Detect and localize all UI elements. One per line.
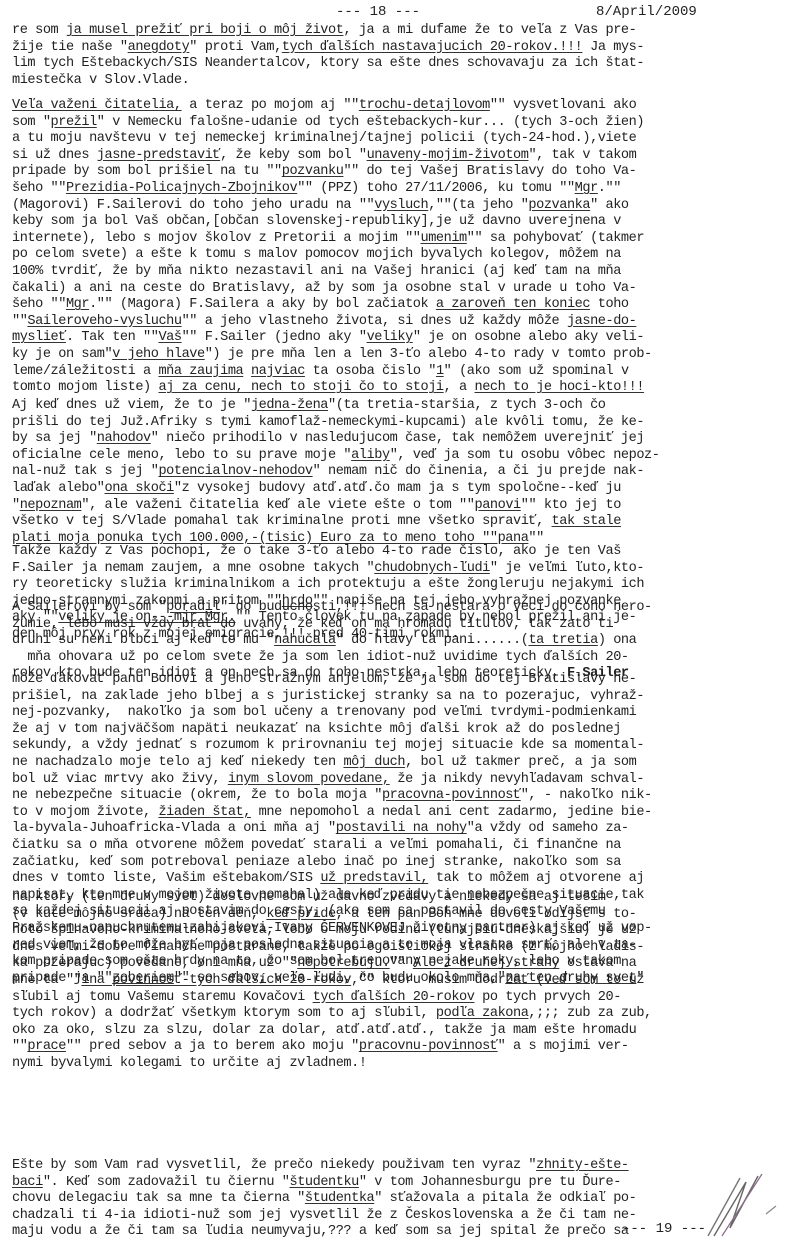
text-line: šeho ""Prezidia-Policajnych-Zbojnikov"" … [12, 181, 792, 198]
underlined-phrase: tych ďalších nastavajucich 20-rokov.!!! [282, 40, 583, 55]
text-line: si už dnes jasne-predstaviť, že keby som… [12, 148, 792, 165]
underlined-phrase: ta tretia [528, 633, 597, 648]
underlined-phrase: veliky [367, 330, 413, 345]
underlined-phrase: poradil [166, 600, 220, 615]
underlined-phrase: pozvanka [528, 198, 590, 213]
text-line: by sa jej "nahodov" niečo prihodilo v na… [12, 431, 792, 448]
underlined-phrase: ja musel prežiť pri boji o môj život [66, 23, 343, 38]
underlined-phrase: nepoznam [20, 498, 82, 513]
underlined-phrase: Veľa važeni čitatelia, [12, 98, 182, 113]
underlined-phrase: v jeho hlave [112, 347, 205, 362]
underlined-phrase: postavili na nohy [336, 821, 467, 836]
text-line: všetko v tej S/Vlade pomahal tak krimina… [12, 514, 792, 531]
paragraph: Aj keď dnes už viem, že to je "jedna-žen… [12, 398, 792, 547]
text-line: ky je on sam"v jeho hlave") je pre mňa l… [12, 347, 792, 364]
underlined-phrase: myslieť [12, 330, 66, 345]
text-line: 100% tvrdiť, že by mňa nikto nezastavil … [12, 264, 792, 281]
text-line: na ktory (ten druhy svet) doslovne som u… [12, 890, 792, 907]
text-line: ""Saileroveho-vysluchu"" a jeho vlastneh… [12, 314, 792, 331]
underlined-phrase: a zaroveň ten koniec [436, 297, 590, 312]
text-line: tych rokov) a dodržať všetkym ktorym som… [12, 1006, 792, 1023]
text-line: (v kute môjho srdca) na ten deň, keď pri… [12, 907, 792, 924]
text-line: A Sailerovi by som "poradil" do buducnos… [12, 600, 792, 617]
text-line: re som ja musel prežiť pri boji o môj ži… [12, 23, 792, 40]
text-line: dnes veľmi-dobre finančne postarane, tak… [12, 940, 792, 957]
underlined-phrase: 1 [436, 364, 444, 379]
text-line: pripade by som bol prišiel na tu ""pozva… [12, 164, 792, 181]
underlined-phrase: unaveny-mojim-životom [367, 148, 529, 163]
underlined-phrase: podľa zakona [436, 1006, 529, 1021]
text-line: chovu delegaciu tak sa mne ta čierna "št… [12, 1191, 792, 1208]
text-line: tomto mojom liste) aj za cenu, nech to s… [12, 380, 792, 397]
underlined-phrase: potencialnov-nehodov [158, 464, 312, 479]
text-line: po celom svete) a ešte k tomu s malov po… [12, 247, 792, 264]
underlined-phrase: vysluch [374, 198, 428, 213]
underlined-phrase: nahučala [274, 633, 336, 648]
underlined-phrase: žiaden štat, [158, 805, 251, 820]
signature-mark [700, 1170, 790, 1240]
document-page: --- 18 --- 8/April/2009 re som ja musel … [0, 0, 800, 1242]
text-line: to v mojom živote, žiaden štat, mne nepo… [12, 805, 792, 822]
text-line: žije tie naše "anegdoty" proti Vam,tych … [12, 40, 792, 57]
text-line: internete), lebo s mojov školov z Pretor… [12, 231, 792, 248]
text-line: ""prace"" pred sebov a ja to berem ako m… [12, 1039, 792, 1056]
underlined-phrase: Ale z druhej strany [413, 956, 559, 971]
underlined-phrase: Mgr [66, 297, 89, 312]
text-line: hoto špinaveho-kriminalneho-sveta, lebo … [12, 923, 792, 940]
text-line: čakali) a ani na ceste do Bratislavy, až… [12, 281, 792, 298]
underlined-phrase: chudobnych-ľudi [374, 561, 490, 576]
text-line: miestečka v Slov.Vlade. [12, 73, 792, 90]
text-line: lim tych Eštebackych/SIS Neandertalcov, … [12, 56, 792, 73]
underlined-phrase: Saileroveho-vysluchu [27, 314, 181, 329]
underlined-phrase: jedna-žena [251, 398, 328, 413]
text-line: oko za oko, slzu za slzu, dolar za dolar… [12, 1023, 792, 1040]
text-line: Aj keď dnes už viem, že to je "jedna-žen… [12, 398, 792, 415]
underlined-phrase: Mgr [575, 181, 598, 196]
underlined-phrase: trochu-detajlovom [359, 98, 490, 113]
page-number-header: --- 18 --- [336, 4, 420, 20]
text-line: ne nebezpečne situacie (okrem, že to bol… [12, 788, 792, 805]
text-line: oficialne cele meno, lebo to su prave mo… [12, 448, 792, 465]
underlined-phrase: pracovnu-povinnosť [359, 1039, 498, 1054]
underlined-phrase: študentka [305, 1191, 374, 1206]
text-line: sľubil aj tomu Vašemu staremu Kovačovi t… [12, 990, 792, 1007]
text-line: ne nachadzalo moje telo aj keď niekedy t… [12, 755, 792, 772]
underlined-phrase: Prezidia-Policajnych-Zbojnikov [66, 181, 297, 196]
underlined-phrase: jasne-do- [567, 314, 636, 329]
paragraph: Veľa važeni čitatelia, a teraz po mojom … [12, 98, 792, 397]
underlined-phrase: aliby [351, 448, 390, 463]
underlined-phrase: panovi [474, 498, 520, 513]
text-line: mne ta ""ina povinnosť-tych ďalších 20-r… [12, 973, 792, 990]
text-line: prišli do tej Juž.Afriky s tymi kamoflaž… [12, 415, 792, 432]
text-line: ka pozerajuc) povedane, oni mňa už ""nep… [12, 956, 792, 973]
underlined-phrase: tych ďalších 20-rokov [313, 990, 475, 1005]
letter-date: 8/April/2009 [596, 4, 697, 20]
underlined-phrase: baci [12, 1175, 43, 1190]
text-line: "nepoznam", ale važeni čitatelia keď ale… [12, 498, 792, 515]
underlined-phrase: jasne-predstaviť [97, 148, 220, 163]
underlined-phrase: inym slovom povedane, [228, 772, 390, 787]
underlined-phrase: keď pride [266, 907, 335, 922]
text-line: Ešte by som Vam rad vysvetlil, že prečo … [12, 1158, 792, 1175]
underlined-phrase: ina povinnosť-tych ďalších 20-rokov [81, 973, 351, 988]
text-line: prišiel, na zaklade jeho blbej a s juris… [12, 689, 792, 706]
text-line: zumie, lebo musi vždy brať do uvahy, že … [12, 617, 792, 634]
text-line: Takže každy z Vas pochopi, že o take 3-ť… [12, 544, 792, 561]
text-line: la-byvala-Juhoafricka-Vlada a oni mňa aj… [12, 821, 792, 838]
underlined-phrase: nahodov [97, 431, 151, 446]
underlined-phrase: mňa zaujima [158, 364, 243, 379]
text-line: ry teoreticky služia kriminalnikom a ich… [12, 577, 792, 594]
underlined-phrase: pozvanku [282, 164, 344, 179]
text-line: druhi su neni blbci aj keď to mu "nahuča… [12, 633, 792, 650]
underlined-phrase: pracovna-povinnosť [382, 788, 521, 803]
text-line: laďak alebo"ona skoči"z vysokej budovy a… [12, 481, 792, 498]
text-line: môže ďakovať panu Bohovi a jeho stražnym… [12, 672, 792, 689]
underlined-phrase: môj duch [343, 755, 405, 770]
text-line: leme/záležitosti a mňa zaujima najviac t… [12, 364, 792, 381]
text-line: čiatku sa o mňa otvorene môžem povedať s… [12, 838, 792, 855]
underlined-phrase: študentku [290, 1175, 359, 1190]
text-line: a tu moju navštevu v tej nemeckej krimin… [12, 131, 792, 148]
underlined-phrase: už predstavil, [320, 871, 428, 886]
text-line: keby som ja bol Vaš občan,[občan slovens… [12, 214, 792, 231]
text-line: myslieť. Tak ten ""Vaš"" F.Sailer (jedno… [12, 330, 792, 347]
text-line: mňa ohovara už po celom svete že ja som … [12, 650, 792, 667]
text-line: nymi byvalymi kolegami to určite aj zvla… [12, 1056, 792, 1073]
underlined-phrase: aj za cenu, nech to stoji čo to stoji [158, 380, 443, 395]
text-line: že aj v tom najväčšom napäti neukazať na… [12, 722, 792, 739]
text-line: bol už viac mrtvy ako živy, inym slovom … [12, 772, 792, 789]
text-line: som "prežil" v Nemecku falošne-udanie od… [12, 115, 792, 132]
paragraph: A Sailerovi by som "poradil" do buducnos… [12, 600, 792, 683]
underlined-phrase: ona skoči [105, 481, 174, 496]
text-line: dnes v tomto liste, Vašim eštebakom/SIS … [12, 871, 792, 888]
underlined-phrase: nepotrebuju. [297, 956, 390, 971]
underlined-phrase: prace [27, 1039, 66, 1054]
underlined-phrase: Vaš [158, 330, 181, 345]
text-line: Veľa važeni čitatelia, a teraz po mojom … [12, 98, 792, 115]
text-line: (Magorovi) F.Sailerovi do toho jeho urad… [12, 198, 792, 215]
paragraph: na ktory (ten druhy svet) doslovne som u… [12, 890, 792, 1073]
underlined-phrase: najviac [251, 364, 305, 379]
text-line: F.Sailer ja nemam zaujem, a mne osobne t… [12, 561, 792, 578]
text-line: nal-nuž tak s jej "potencialnov-nehodov"… [12, 464, 792, 481]
underlined-phrase: zhnity-ešte- [536, 1158, 629, 1173]
underlined-phrase: prežil [51, 115, 97, 130]
underlined-phrase: anegdoty [128, 40, 190, 55]
underlined-phrase: umenim [421, 231, 467, 246]
page-number-footer: --- 19 --- [622, 1221, 706, 1237]
underlined-phrase: tak stale [552, 514, 621, 529]
underlined-phrase: nech to je hoci-kto!!! [474, 380, 644, 395]
text-line: nej-pozvanky, nakoľko ja som bol učeny a… [12, 705, 792, 722]
paragraph: re som ja musel prežiť pri boji o môj ži… [12, 23, 792, 89]
text-line: šeho ""Mgr."" (Magora) F.Sailera a aky b… [12, 297, 792, 314]
text-line: sekundy, a vždy jednať s rozumom k priro… [12, 738, 792, 755]
text-line: začiatku, keď som potreboval peniaze ale… [12, 855, 792, 872]
text-line: baci". Keď som zadovažil tu čiernu "štud… [12, 1175, 792, 1192]
